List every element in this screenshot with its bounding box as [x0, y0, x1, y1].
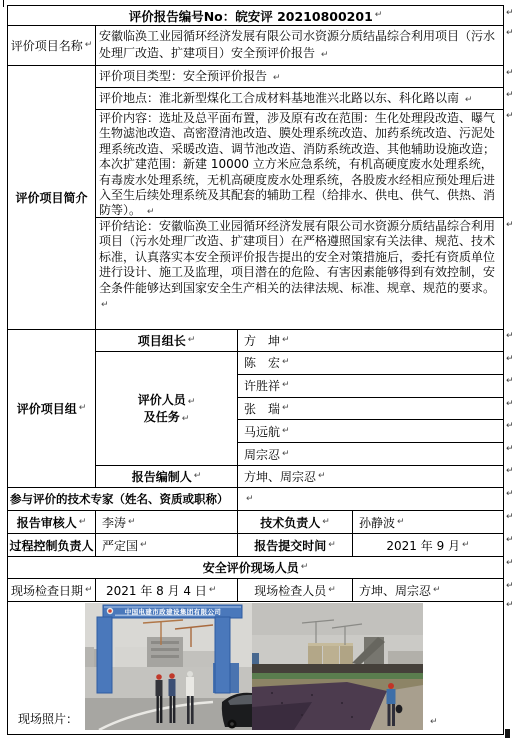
site-section-row: 安全评价现场人员 ↵ [8, 557, 503, 579]
row-end-mark-icon: ↵ [506, 422, 513, 431]
row-end-mark-icon: ↵ [506, 445, 513, 454]
team-label: 评价项目组 ↵ [8, 330, 96, 487]
submit-time-label: 报告提交时间 ↵ [238, 534, 353, 556]
team-leader-row: 项目组长 ↵ 方 坤 ↵ [96, 330, 503, 352]
cell-end-mark-icon: ↵ [397, 518, 405, 527]
row-end-mark-icon: ↵ [506, 221, 513, 230]
site-section-title: 安全评价现场人员 ↵ [8, 557, 503, 578]
reviewer-value: 李涛 ↵ [96, 511, 238, 533]
row-end-mark-icon: ↵ [506, 69, 513, 78]
tech-lead-label: 技术负责人 ↵ [238, 511, 353, 533]
cell-end-mark-icon: ↵ [328, 541, 336, 550]
report-document-page: 评价报告编号No：皖安评 20210800201 ↵ 评价项目名称 ↵ 安徽临涣… [0, 0, 513, 740]
brief-location: 评价地点：淮北新型煤化工合成材料基地淮兴北路以东、科化路以南 ↵ [96, 88, 503, 109]
row-end-mark-icon: ↵ [506, 377, 513, 386]
project-name-label: 评价项目名称 ↵ [8, 26, 96, 65]
experts-value-empty: ↵ [238, 488, 503, 510]
row-end-mark-icon: ↵ [506, 559, 513, 568]
evaluation-report-table: 评价报告编号No：皖安评 20210800201 ↵ 评价项目名称 ↵ 安徽临涣… [7, 5, 504, 735]
row-end-mark-icon: ↵ [506, 9, 513, 18]
photos-row: 现场照片： [8, 602, 503, 734]
team-member-list: 陈 宏 ↵ 许胜祥 ↵ 张 瑞 ↵ 马远航 ↵ [238, 352, 503, 465]
site-date-label: 现场检查日期 ↵ [8, 579, 96, 601]
row-end-mark-icon: ↵ [506, 582, 513, 591]
cell-end-mark-icon: ↵ [328, 586, 336, 595]
gate-photo-graphic [85, 603, 252, 730]
reviewer-row: 报告审核人 ↵ 李涛 ↵ 技术负责人 ↵ 孙静波 ↵ [8, 511, 503, 534]
cell-end-mark-icon: ↵ [85, 41, 93, 50]
berm [252, 664, 423, 673]
team-member-row: 张 瑞 ↵ [238, 398, 503, 421]
team-writer-label: 报告编制人 ↵ [96, 466, 238, 487]
team-member-row: 陈 宏 ↵ [238, 352, 503, 375]
team-writer-value: 方坤、周宗忍 ↵ [238, 466, 503, 487]
report-no-text: 评价报告编号No：皖安评 20210800201 [129, 7, 373, 25]
project-brief-row: 评价项目简介 评价项目类型：安全预评价报告 ↵ 评价地点：淮北新型煤化工合成材料… [8, 66, 503, 330]
bag-icon [396, 705, 403, 713]
brief-content: 评价内容：选址及总平面布置，涉及原有改在范围：生化处理段改造、曝气生物滤池改造、… [96, 110, 503, 217]
cell-end-mark-icon: ↵ [282, 381, 290, 390]
cell-end-mark-icon: ↵ [188, 397, 196, 407]
cell-end-mark-icon: ↵ [85, 586, 93, 595]
cell-end-mark-icon: ↵ [282, 427, 290, 436]
cell-end-mark-icon: ↵ [128, 518, 136, 527]
cell-end-mark-icon: ↵ [246, 495, 254, 504]
team-member-row: 马远航 ↵ [238, 420, 503, 443]
team-staff-label: 评价人员↵ 及任务↵ [96, 352, 238, 465]
cell-end-mark-icon: ↵ [321, 50, 329, 60]
team-writer-row: 报告编制人 ↵ 方坤、周宗忍 ↵ [96, 466, 503, 487]
row-end-mark-icon: ↵ [506, 400, 513, 409]
row-end-mark-icon: ↵ [506, 467, 513, 476]
cell-end-mark-icon: ↵ [322, 518, 330, 527]
team-leader-label: 项目组长 ↵ [96, 330, 238, 351]
team-member-row: 周宗忍 ↵ [238, 443, 503, 465]
silo-icon [308, 643, 353, 667]
photos-cell: 现场照片： [8, 602, 503, 734]
tech-lead-value: 孙静波 ↵ [353, 511, 503, 533]
cell-end-mark-icon: ↵ [101, 300, 109, 310]
report-no-cell: 评价报告编号No：皖安评 20210800201 ↵ [8, 6, 503, 25]
site-photo-gate: 中国电建市政建设集团有限公司 保证质量 创造效益 诚信守约 合作共赢 [85, 603, 252, 730]
project-team-row: 评价项目组 ↵ 项目组长 ↵ 方 坤 ↵ 评价人员↵ [8, 330, 503, 488]
cell-end-mark-icon: ↵ [140, 541, 148, 550]
process-label: 过程控制负责人 [8, 534, 96, 556]
brief-conclusion: 评价结论：安徽临涣工业园循环经济发展有限公司水资源分质结晶综合利用项目（污水处理… [96, 218, 503, 329]
top-left-border-remnant [3, 0, 4, 7]
cell-end-mark-icon: ↵ [79, 518, 87, 527]
cell-end-mark-icon: ↵ [209, 586, 217, 595]
green-netting [252, 673, 423, 679]
cell-end-mark-icon: ↵ [282, 404, 290, 413]
gate-title-text: 中国电建市政建设集团有限公司 [106, 607, 240, 616]
submit-time-value: 2021 年 9 月 ↵ [353, 534, 503, 556]
row-end-mark-icon: ↵ [506, 355, 513, 364]
site-date-value: 2021 年 8 月 4 日 ↵ [96, 579, 238, 601]
cell-end-mark-icon: ↵ [465, 95, 473, 105]
report-no-row: 评价报告编号No：皖安评 20210800201 ↵ [8, 6, 503, 26]
brief-location-row: 评价地点：淮北新型煤化工合成材料基地淮兴北路以东、科化路以南 ↵ [96, 88, 503, 110]
reviewer-label: 报告审核人 ↵ [8, 511, 96, 533]
cell-end-mark-icon: ↵ [301, 563, 309, 572]
cell-end-mark-icon: ↵ [433, 586, 441, 595]
project-name-value: 安徽临涣工业园循环经济发展有限公司水资源分质结晶综合利用项目（污水处理厂改造、扩… [96, 26, 503, 65]
site-staff-label: 现场检查人员 ↵ [238, 579, 353, 601]
photos-label: 现场照片： [18, 710, 78, 727]
row-end-mark-icon: ↵ [506, 29, 513, 38]
cell-end-mark-icon: ↵ [188, 336, 196, 345]
cell-end-mark-icon: ↵ [375, 11, 383, 20]
cell-end-mark-icon: ↵ [282, 450, 290, 459]
cell-end-mark-icon: ↵ [147, 207, 155, 217]
plant-photo-graphic [252, 603, 423, 730]
project-brief-label: 评价项目简介 [8, 66, 96, 329]
brief-type: 评价项目类型：安全预评价报告 ↵ [96, 66, 503, 87]
project-name-row: 评价项目名称 ↵ 安徽临涣工业园循环经济发展有限公司水资源分质结晶综合利用项目（… [8, 26, 503, 66]
team-leader-value: 方 坤 ↵ [238, 330, 503, 351]
experts-row: 参与评价的技术专家（姓名、资质或职称） ↵ [8, 488, 503, 511]
row-end-mark-icon: ↵ [506, 112, 513, 121]
page-bottom-mark [505, 729, 510, 738]
cell-end-mark-icon: ↵ [282, 358, 290, 367]
cell-end-mark-icon: ↵ [182, 414, 190, 424]
cell-end-mark-icon: ↵ [282, 336, 290, 345]
project-brief-detail: 评价项目类型：安全预评价报告 ↵ 评价地点：淮北新型煤化工合成材料基地淮兴北路以… [96, 66, 503, 329]
process-row: 过程控制负责人 严定国 ↵ 报告提交时间 ↵ 2021 年 9 月 ↵ [8, 534, 503, 557]
row-end-mark-icon: ↵ [506, 513, 513, 522]
cell-end-mark-icon: ↵ [430, 718, 438, 727]
row-end-mark-icon: ↵ [506, 536, 513, 545]
team-member-row: 许胜祥 ↵ [238, 375, 503, 398]
cell-end-mark-icon: ↵ [273, 73, 281, 83]
site-photo-plant [252, 603, 423, 730]
row-end-mark-icon: ↵ [506, 91, 513, 100]
cell-end-mark-icon: ↵ [462, 541, 470, 550]
site-check-row: 现场检查日期 ↵ 2021 年 8 月 4 日 ↵ 现场检查人员 ↵ 方坤、周宗… [8, 579, 503, 602]
row-end-mark-icon: ↵ [506, 601, 513, 610]
team-members-block: 评价人员↵ 及任务↵ 陈 宏 ↵ 许胜祥 ↵ 张 瑞 [96, 352, 503, 466]
site-staff-value: 方坤、周宗忍 ↵ [353, 579, 503, 601]
experts-label: 参与评价的技术专家（姓名、资质或职称） [8, 488, 238, 510]
process-value: 严定国 ↵ [96, 534, 238, 556]
brief-type-row: 评价项目类型：安全预评价报告 ↵ [96, 66, 503, 88]
cell-end-mark-icon: ↵ [79, 404, 87, 413]
brief-content-row: 评价内容：选址及总平面布置，涉及原有改在范围：生化处理段改造、曝气生物滤池改造、… [96, 110, 503, 218]
row-end-mark-icon: ↵ [506, 332, 513, 341]
brief-conclusion-row: 评价结论：安徽临涣工业园循环经济发展有限公司水资源分质结晶综合利用项目（污水处理… [96, 218, 503, 329]
cell-end-mark-icon: ↵ [318, 472, 326, 481]
cell-end-mark-icon: ↵ [194, 472, 202, 481]
row-end-mark-icon: ↵ [506, 490, 513, 499]
